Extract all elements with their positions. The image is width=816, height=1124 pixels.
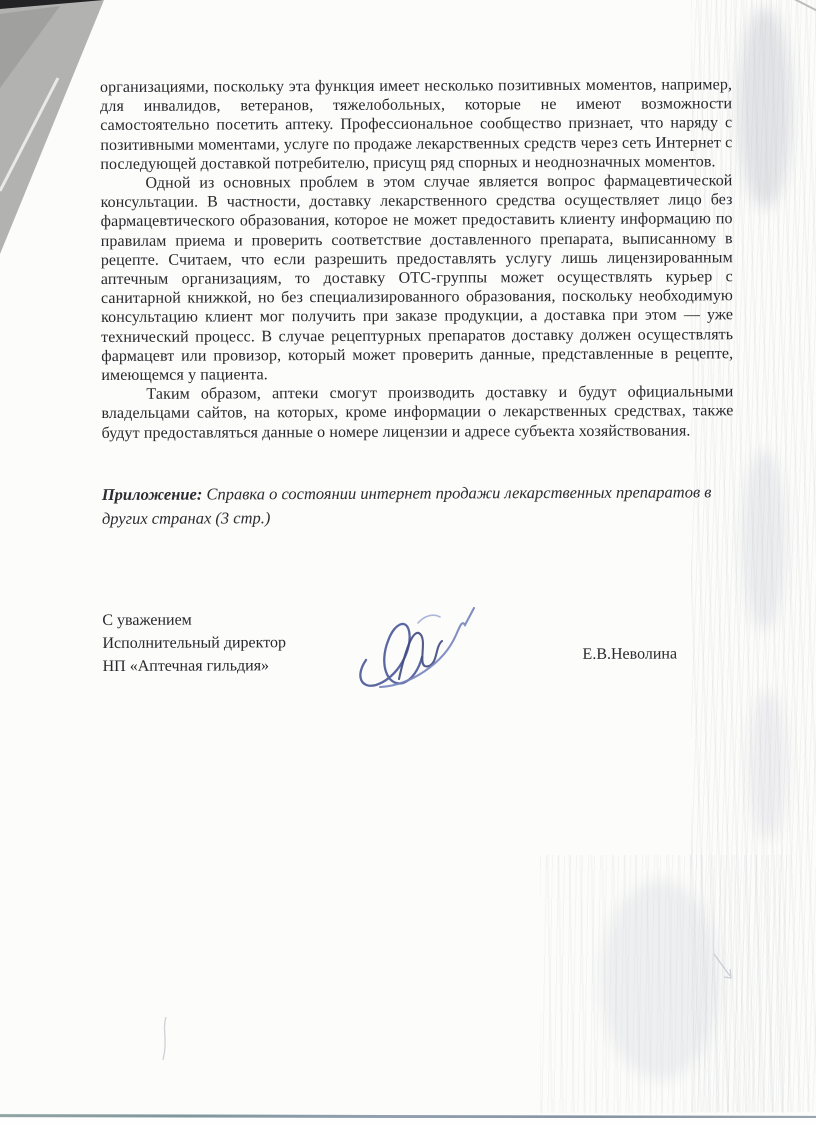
paper-texture <box>738 8 792 208</box>
letter-body: организациями, поскольку эта функция име… <box>100 75 735 719</box>
paper-texture <box>600 880 720 1080</box>
body-paragraph: Одной из основных проблем в этом случае … <box>100 171 733 385</box>
closing-regards: С уважением <box>102 606 734 632</box>
body-paragraph: организациями, поскольку эта функция име… <box>100 75 732 174</box>
scanner-edge-margin <box>0 1118 816 1124</box>
pencil-mark <box>158 1016 172 1062</box>
paper-texture <box>742 450 786 630</box>
closing-block: С уважением Исполнительный директор НП «… <box>102 606 734 719</box>
body-paragraph: Таким образом, аптеки смогут производить… <box>101 382 733 442</box>
attachment-label: Приложение: <box>102 484 203 503</box>
scanned-letter-page: организациями, поскольку эта функция име… <box>0 0 816 1124</box>
attachment-note: Приложение: Справка о состоянии интернет… <box>102 480 734 531</box>
paper-texture <box>748 690 788 840</box>
signer-name: Е.В.Неволина <box>582 645 677 663</box>
